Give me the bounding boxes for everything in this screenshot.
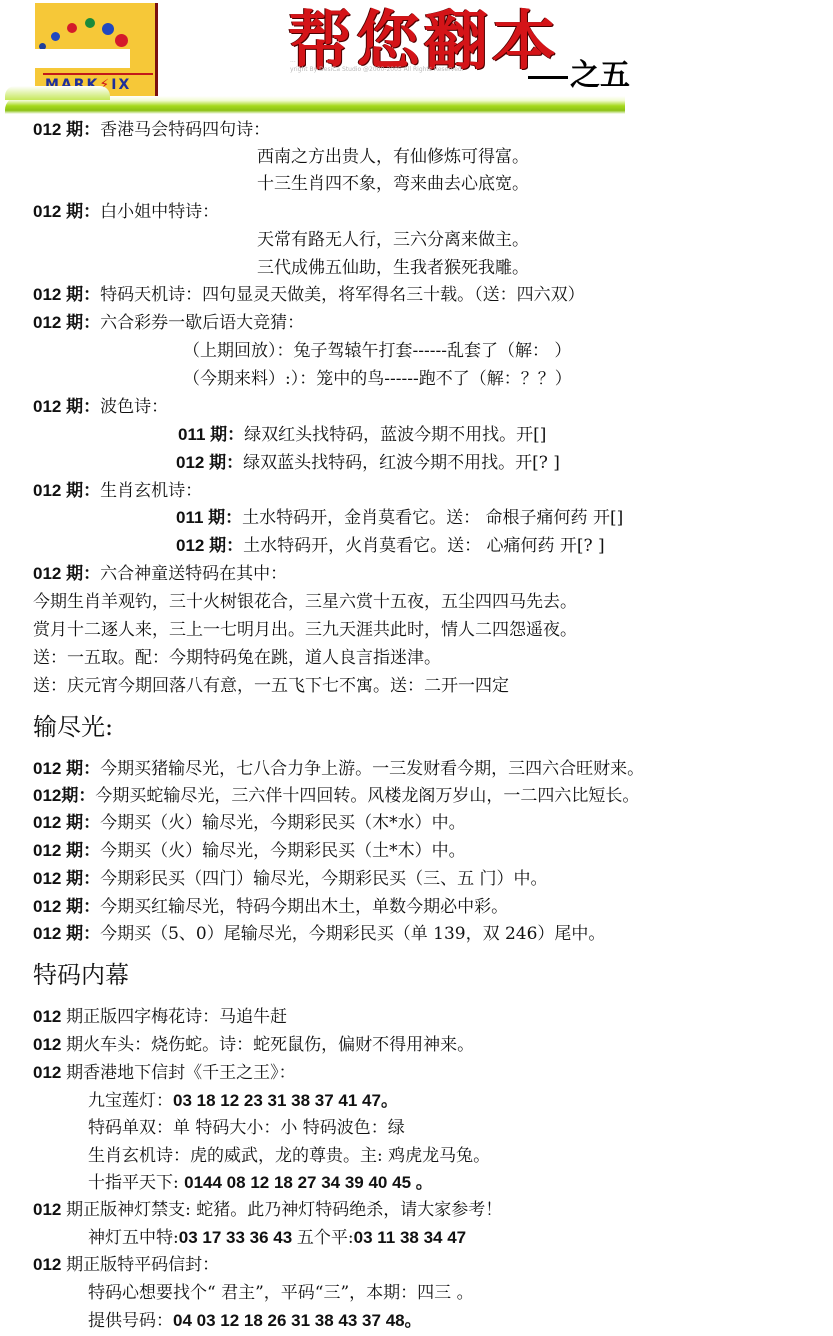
lose-row: 012 期：今期彩民买（四门）输尽光，今期彩民买（三、五 门）中。 [33,867,548,891]
lose-row: 012 期：今期买（火）输尽光，今期彩民买（木*水）中。 [33,811,466,835]
logo-blank-area [35,49,130,68]
zodiac-line: 012 期：土水特码开，火肖莫看它。送： 心痛何药 开[? ] [176,534,605,558]
mark-six-logo: MARK⚡IX [35,3,158,99]
divine-line: 赏月十二逐人来，三上一七明月出。三九天涯共此时，情人二四怨遥夜。 [33,618,577,642]
nine-lamps-row: 九宝莲灯：03 18 12 23 31 38 37 41 47。 [88,1089,398,1113]
logo-dot-icon [85,18,95,28]
divine-line: 送：一五取。配：今期特码兔在跳，道人良言指迷津。 [33,646,441,670]
green-banner-bar [5,96,625,114]
envelope-row: 012 期香港地下信封《千王之王》： [33,1061,296,1085]
dash-divider [528,76,568,79]
divine-line: 今期生肖羊观钓，三十火树银花合，三星六赏十五夜，五尘四四马先去。 [33,590,577,614]
section-wave-color-poem: 012 期：波色诗： [33,395,168,419]
wave-line: 012 期：绿双蓝头找特码，红波今期不用找。开[? ] [176,451,560,475]
section-riddle-title: 012 期：六合彩券一歇后语大竞猜： [33,311,304,335]
section-special-code-poem: 012 期：特码天机诗：四句显灵天做美，将军得名三十载。（送：四六双） [33,283,585,307]
divine-line: 送：庆元宵今期回落八有意，一五飞下七不寓。送：二开一四定 [33,674,509,698]
lose-row: 012 期：今期买（火）输尽光，今期彩民买（土*木）中。 [33,839,466,863]
section-miss-bai-title: 012 期：白小姐中特诗： [33,200,219,224]
wave-line: 011 期：绿双红头找特码，蓝波今期不用找。开[] [178,423,546,447]
zodiac-poem-row: 生肖玄机诗：虎的威武，龙的尊贵。主: 鸡虎龙马兔。 [88,1144,490,1168]
section-heading-lose-all: 输尽光: [33,712,113,742]
section-hk-poem-title: 012 期：香港马会特码四句诗： [33,118,270,142]
lose-row: 012 期：今期买（5、0）尾输尽光，今期彩民买（单 139，双 246）尾中。 [33,922,605,946]
odd-even-row: 特码单双：单 特码大小：小 特码波色：绿 [88,1116,405,1140]
green-bar-tab [5,86,110,100]
zodiac-line: 011 期：土水特码开，金肖莫看它。送： 命根子痛何药 开[] [176,506,623,530]
section-divine-child: 012 期：六合神童送特码在其中： [33,562,287,586]
provided-numbers-row: 提供号码：04 03 12 18 26 31 38 43 37 48。 [88,1309,422,1333]
riddle-line: （今期来料）:）：笼中的鸟------跑不了（解：？？） [183,367,572,391]
lose-row: 012 期：今期买红输尽光，特码今期出木土，单数今期必中彩。 [33,895,508,919]
copyright-watermark: ... yright By DesiCa Studio @2000-2005 A… [290,56,470,74]
lamp-ban-row: 012 期正版神灯禁支: 蛇猪。此乃神灯特码绝杀，请大家参考！ [33,1198,502,1222]
riddle-line: （上期回放）：兔子驾辕午打套------乱套了（解： ） [183,339,571,363]
section-zodiac-poem: 012 期：生肖玄机诗： [33,479,202,503]
poem-line: 天常有路无人行，三六分离来做主。 [257,228,529,252]
section-heading-insider: 特码内幕 [33,960,129,990]
poem-line: 十三生肖四不象，弯来曲去心底宽。 [257,172,529,196]
logo-dot-icon [115,34,128,47]
page-subtitle: 之五 [528,50,630,94]
logo-divider [43,73,153,75]
logo-dot-icon [67,23,77,33]
flat-envelope-row: 012 期正版特平码信封： [33,1253,219,1277]
banner-header: MARK⚡IX 帮您翻本 ... yright By DesiCa Studio… [0,0,833,118]
poem-line: 西南之方出贵人，有仙修炼可得富。 [257,145,529,169]
plum-poem-row: 012 期正版四字梅花诗：马追牛赶 [33,1005,287,1029]
lamp-five-row: 神灯五中特:03 17 33 36 43 五个平:03 11 38 34 47 [88,1226,466,1250]
logo-dot-icon [51,32,60,41]
poem-line: 三代成佛五仙助，生我者猴死我雕。 [257,256,529,280]
lose-row: 012期：今期买蛇输尽光，三六伴十四回转。风楼龙阁万岁山，一二四六比短长。 [33,784,639,808]
lose-row: 012 期：今期买猪输尽光，七八合力争上游。一三发财看今期，三四六合旺财来。 [33,757,644,781]
fire-head-row: 012 期火车头：烧伤蛇。诗：蛇死鼠伤，偏财不得用神来。 [33,1033,474,1057]
logo-dot-icon [102,23,114,35]
ten-fingers-row: 十指平天下: 0144 08 12 18 27 34 39 40 45 。 [88,1171,433,1195]
flat-hint-row: 特码心想要找个“ 君主”，平码“三”，本期：四三 。 [88,1281,474,1305]
